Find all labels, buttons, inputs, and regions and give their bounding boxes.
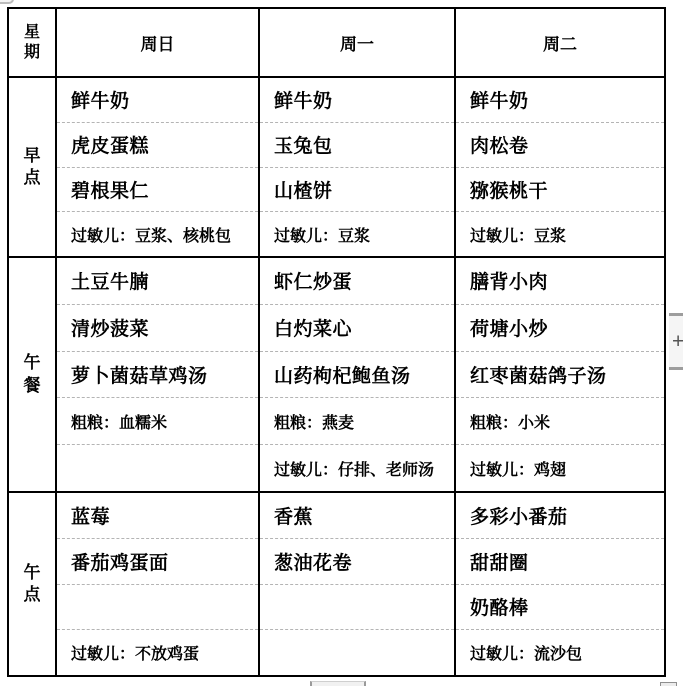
allergy-note: 过敏儿：鸡翅 bbox=[456, 444, 664, 491]
menu-item: 甜甜圈 bbox=[456, 538, 664, 584]
menu-item: 清炒菠菜 bbox=[57, 304, 258, 351]
empty-slot bbox=[260, 584, 454, 630]
header-cell-tuesday: 周二 bbox=[456, 9, 664, 78]
lunch-label: 午餐 bbox=[22, 352, 42, 396]
menu-item: 山楂饼 bbox=[260, 167, 454, 212]
snack-monday-cell: 香蕉 葱油花卷 bbox=[260, 493, 456, 675]
allergy-note: 过敏儿：流沙包 bbox=[456, 629, 664, 675]
breakfast-monday-cell: 鲜牛奶 玉兔包 山楂饼 过敏儿：豆浆 bbox=[260, 78, 456, 258]
empty-slot bbox=[57, 444, 258, 491]
row-label-lunch: 午餐 bbox=[9, 258, 57, 493]
menu-item: 蓝莓 bbox=[57, 493, 258, 538]
allergy-note: 过敏儿：豆浆 bbox=[456, 211, 664, 256]
snack-label: 午点 bbox=[22, 562, 42, 606]
menu-item: 碧根果仁 bbox=[57, 167, 258, 212]
document-page: { "menu": { "corner": "星期", "days": ["周日… bbox=[0, 0, 683, 686]
snack-tuesday-cell: 多彩小番茄 甜甜圈 奶酪棒 过敏儿：流沙包 bbox=[456, 493, 664, 675]
menu-item: 鲜牛奶 bbox=[260, 78, 454, 122]
allergy-note: 过敏儿：豆浆 bbox=[260, 211, 454, 256]
menu-item: 山药枸杞鲍鱼汤 bbox=[260, 351, 454, 398]
scrollbar-corner-button[interactable] bbox=[660, 682, 677, 686]
header-cell-week: 星期 bbox=[9, 9, 57, 78]
menu-item: 萝卜菌菇草鸡汤 bbox=[57, 351, 258, 398]
top-left-chrome-fragment bbox=[0, 0, 14, 4]
lunch-sunday-cell: 土豆牛腩 清炒菠菜 萝卜菌菇草鸡汤 粗粮：血糯米 bbox=[57, 258, 260, 493]
day-label-monday: 周一 bbox=[340, 30, 374, 55]
row-label-breakfast: 早点 bbox=[9, 78, 57, 258]
week-label: 星期 bbox=[23, 23, 41, 63]
menu-item: 多彩小番茄 bbox=[456, 493, 664, 538]
grain-note: 粗粮：血糯米 bbox=[57, 397, 258, 444]
header-cell-monday: 周一 bbox=[260, 9, 456, 78]
header-cell-sunday: 周日 bbox=[57, 9, 260, 78]
empty-slot bbox=[260, 629, 454, 675]
menu-item: 鲜牛奶 bbox=[57, 78, 258, 122]
menu-item: 猕猴桃干 bbox=[456, 167, 664, 212]
grain-note: 粗粮：小米 bbox=[456, 397, 664, 444]
horizontal-scrollbar-thumb[interactable] bbox=[310, 681, 366, 686]
menu-item: 土豆牛腩 bbox=[57, 258, 258, 304]
add-button[interactable]: + bbox=[669, 313, 683, 370]
grain-note: 粗粮：燕麦 bbox=[260, 397, 454, 444]
menu-item: 葱油花卷 bbox=[260, 538, 454, 584]
empty-slot bbox=[57, 584, 258, 630]
menu-item: 膳背小肉 bbox=[456, 258, 664, 304]
lunch-tuesday-cell: 膳背小肉 荷塘小炒 红枣菌菇鸽子汤 粗粮：小米 过敏儿：鸡翅 bbox=[456, 258, 664, 493]
menu-item: 虎皮蛋糕 bbox=[57, 122, 258, 167]
menu-item: 荷塘小炒 bbox=[456, 304, 664, 351]
menu-item: 鲜牛奶 bbox=[456, 78, 664, 122]
day-label-tuesday: 周二 bbox=[543, 30, 577, 55]
allergy-note: 过敏儿：仔排、老师汤 bbox=[260, 444, 454, 491]
menu-item: 红枣菌菇鸽子汤 bbox=[456, 351, 664, 398]
menu-item: 玉兔包 bbox=[260, 122, 454, 167]
snack-sunday-cell: 蓝莓 番茄鸡蛋面 过敏儿：不放鸡蛋 bbox=[57, 493, 260, 675]
menu-item: 香蕉 bbox=[260, 493, 454, 538]
lunch-monday-cell: 虾仁炒蛋 白灼菜心 山药枸杞鲍鱼汤 粗粮：燕麦 过敏儿：仔排、老师汤 bbox=[260, 258, 456, 493]
menu-item: 虾仁炒蛋 bbox=[260, 258, 454, 304]
day-label-sunday: 周日 bbox=[141, 30, 175, 55]
menu-item: 番茄鸡蛋面 bbox=[57, 538, 258, 584]
menu-item: 肉松卷 bbox=[456, 122, 664, 167]
breakfast-label: 早点 bbox=[22, 145, 42, 189]
breakfast-tuesday-cell: 鲜牛奶 肉松卷 猕猴桃干 过敏儿：豆浆 bbox=[456, 78, 664, 258]
allergy-note: 过敏儿：豆浆、核桃包 bbox=[57, 211, 258, 256]
row-label-snack: 午点 bbox=[9, 493, 57, 675]
breakfast-sunday-cell: 鲜牛奶 虎皮蛋糕 碧根果仁 过敏儿：豆浆、核桃包 bbox=[57, 78, 260, 258]
allergy-note: 过敏儿：不放鸡蛋 bbox=[57, 629, 258, 675]
menu-item: 白灼菜心 bbox=[260, 304, 454, 351]
menu-item: 奶酪棒 bbox=[456, 584, 664, 630]
meal-schedule-table: 星期 周日 周一 周二 早点 鲜牛奶 虎皮蛋糕 碧根果仁 过敏儿：豆浆、核桃包 … bbox=[7, 7, 666, 677]
